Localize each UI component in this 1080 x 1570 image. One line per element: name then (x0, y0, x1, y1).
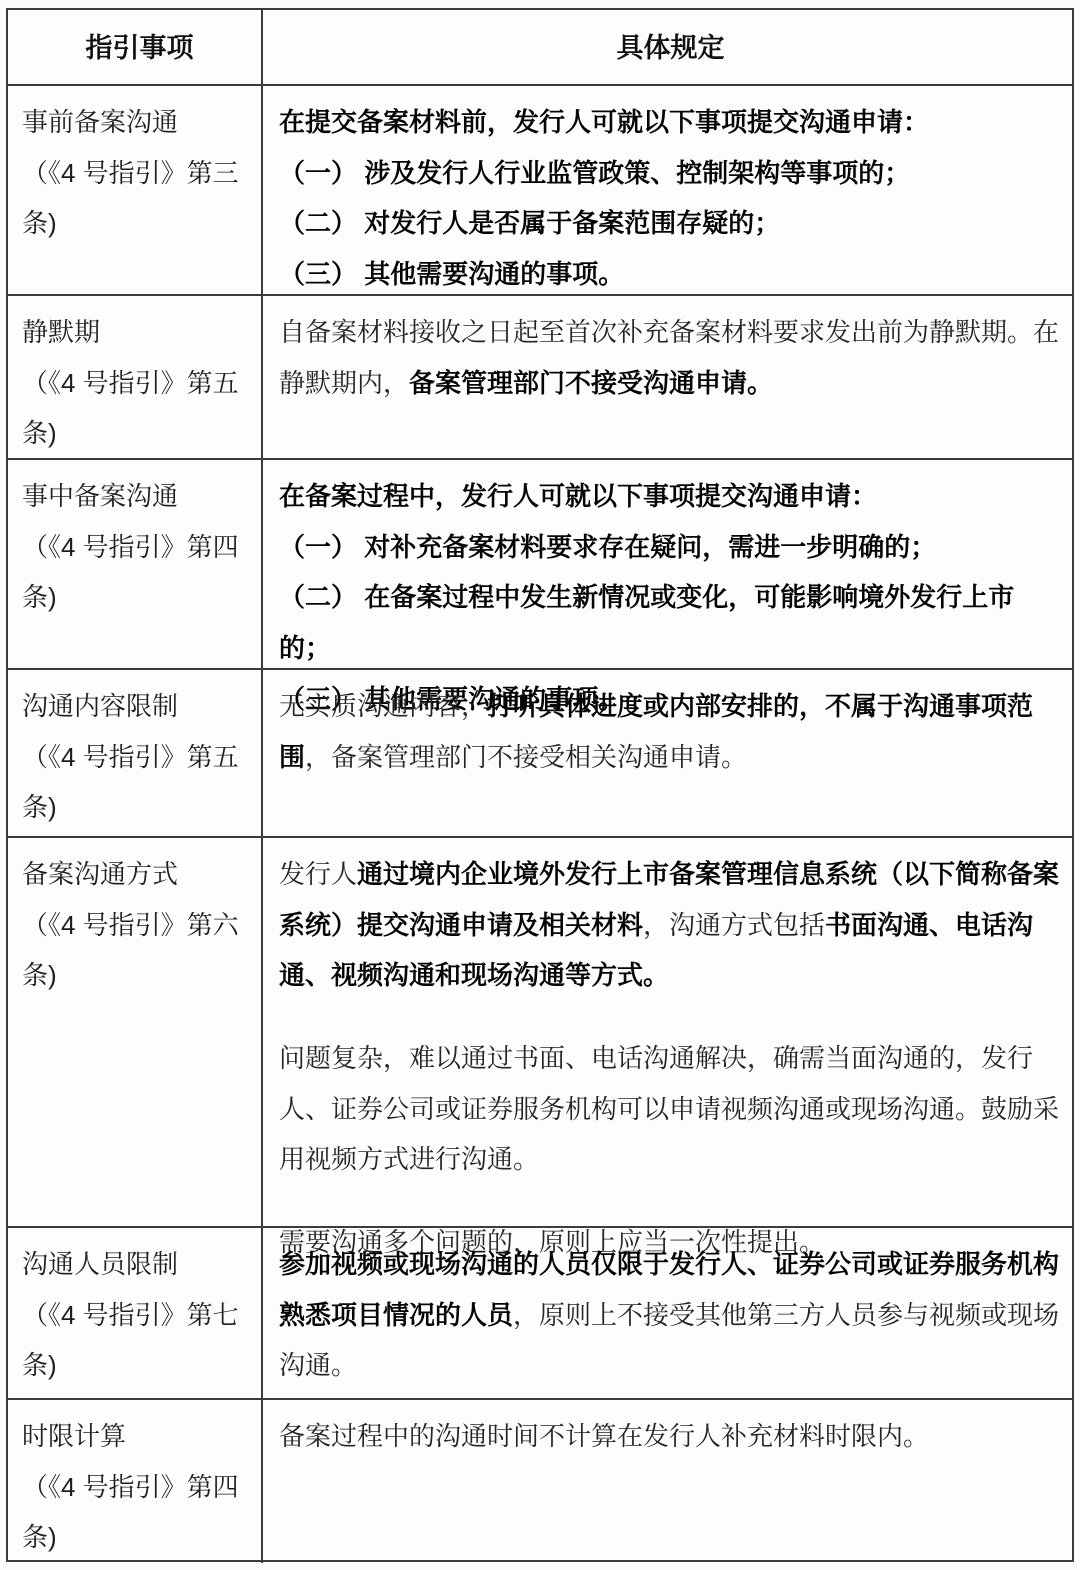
text-segment: 在提交备案材料前，发行人可就以下事项提交沟通申请： (279, 107, 929, 137)
provision-cell: 无实质沟通内容，打听具体进度或内部安排的，不属于沟通事项范围，备案管理部门不接受… (263, 670, 1072, 836)
guide-item-cell: 备案沟通方式（《4 号指引》第六条) (8, 838, 263, 1226)
text-segment: （一） 涉及发行人行业监管政策、控制架构等事项的； (279, 158, 910, 188)
text-segment: 备案管理部门不接受沟通申请。 (409, 368, 773, 398)
guide-item-reference: （《4 号指引》第五条) (22, 732, 257, 833)
guide-item-cell: 事前备案沟通（《4 号指引》第三条) (8, 86, 263, 294)
text-segment: 发行人 (279, 859, 357, 889)
table-row: 时限计算（《4 号指引》第四条)备案过程中的沟通时间不计算在发行人补充材料时限内… (8, 1398, 1072, 1563)
provision-cell: 自备案材料接收之日起至首次补充备案材料要求发出前为静默期。在静默期内，备案管理部… (263, 296, 1072, 458)
table-row: 事中备案沟通（《4 号指引》第四条)在备案过程中，发行人可就以下事项提交沟通申请… (8, 458, 1072, 668)
text-segment: （三） 其他需要沟通的事项。 (279, 259, 624, 289)
provision-paragraph: 问题复杂，难以通过书面、电话沟通解决，确需当面沟通的，发行人、证券公司或证券服务… (279, 1033, 1062, 1185)
text-segment: 问题复杂，难以通过书面、电话沟通解决，确需当面沟通的，发行人、证券公司或证券服务… (279, 1043, 1059, 1174)
header-guide-item: 指引事项 (8, 10, 263, 84)
guide-item-title: 事中备案沟通 (22, 471, 257, 522)
table-row: 沟通内容限制（《4 号指引》第五条)无实质沟通内容，打听具体进度或内部安排的，不… (8, 668, 1072, 836)
guide-item-title: 时限计算 (22, 1411, 257, 1462)
provision-paragraph: 备案过程中的沟通时间不计算在发行人补充材料时限内。 (279, 1411, 1062, 1462)
guide-item-reference: （《4 号指引》第六条) (22, 900, 257, 1001)
guide-item-reference: （《4 号指引》第五条) (22, 358, 257, 459)
text-segment: （二） 对发行人是否属于备案范围存疑的； (279, 208, 780, 238)
text-segment: 在备案过程中，发行人可就以下事项提交沟通申请： (279, 481, 877, 511)
table-header-row: 指引事项 具体规定 (8, 10, 1072, 84)
provision-paragraph: 发行人通过境内企业境外发行上市备案管理信息系统（以下简称备案系统）提交沟通申请及… (279, 849, 1062, 1001)
table-row: 静默期（《4 号指引》第五条)自备案材料接收之日起至首次补充备案材料要求发出前为… (8, 294, 1072, 458)
provision-paragraph: 无实质沟通内容，打听具体进度或内部安排的，不属于沟通事项范围，备案管理部门不接受… (279, 681, 1062, 782)
provision-paragraph: 参加视频或现场沟通的人员仅限于发行人、证券公司或证券服务机构熟悉项目情况的人员，… (279, 1239, 1062, 1391)
guide-item-title: 沟通人员限制 (22, 1239, 257, 1290)
text-segment: 无实质沟通内容， (279, 691, 487, 721)
table-row: 备案沟通方式（《4 号指引》第六条)发行人通过境内企业境外发行上市备案管理信息系… (8, 836, 1072, 1226)
provision-cell: 备案过程中的沟通时间不计算在发行人补充材料时限内。 (263, 1400, 1072, 1563)
guide-item-cell: 时限计算（《4 号指引》第四条) (8, 1400, 263, 1563)
provision-cell: 发行人通过境内企业境外发行上市备案管理信息系统（以下简称备案系统）提交沟通申请及… (263, 838, 1072, 1226)
document-page: 指引事项 具体规定 事前备案沟通（《4 号指引》第三条)在提交备案材料前，发行人… (0, 0, 1080, 1570)
text-segment: 备案过程中的沟通时间不计算在发行人补充材料时限内。 (279, 1421, 929, 1451)
guide-item-reference: （《4 号指引》第三条) (22, 148, 257, 249)
text-segment: （二） 在备案过程中发生新情况或变化，可能影响境外发行上市的； (279, 582, 1014, 663)
table-row: 事前备案沟通（《4 号指引》第三条)在提交备案材料前，发行人可就以下事项提交沟通… (8, 84, 1072, 294)
guide-item-title: 备案沟通方式 (22, 849, 257, 900)
guide-item-reference: （《4 号指引》第四条) (22, 522, 257, 623)
guideline-table: 指引事项 具体规定 事前备案沟通（《4 号指引》第三条)在提交备案材料前，发行人… (6, 8, 1074, 1562)
provision-paragraph: 在提交备案材料前，发行人可就以下事项提交沟通申请：（一） 涉及发行人行业监管政策… (279, 97, 1062, 300)
provision-cell: 在提交备案材料前，发行人可就以下事项提交沟通申请：（一） 涉及发行人行业监管政策… (263, 86, 1072, 294)
guide-item-title: 事前备案沟通 (22, 97, 257, 148)
guide-item-reference: （《4 号指引》第七条) (22, 1290, 257, 1391)
provision-cell: 在备案过程中，发行人可就以下事项提交沟通申请：（一） 对补充备案材料要求存在疑问… (263, 460, 1072, 668)
guide-item-cell: 事中备案沟通（《4 号指引》第四条) (8, 460, 263, 668)
header-provision: 具体规定 (263, 10, 1072, 84)
provision-paragraph: 自备案材料接收之日起至首次补充备案材料要求发出前为静默期。在静默期内，备案管理部… (279, 307, 1062, 408)
text-segment: ，备案管理部门不接受相关沟通申请。 (305, 742, 747, 772)
text-segment: （一） 对补充备案材料要求存在疑问，需进一步明确的； (279, 532, 936, 562)
guide-item-title: 静默期 (22, 307, 257, 358)
guide-item-cell: 沟通内容限制（《4 号指引》第五条) (8, 670, 263, 836)
guide-item-cell: 沟通人员限制（《4 号指引》第七条) (8, 1228, 263, 1398)
guide-item-reference: （《4 号指引》第四条) (22, 1462, 257, 1563)
guide-item-cell: 静默期（《4 号指引》第五条) (8, 296, 263, 458)
text-segment: ，沟通方式包括 (643, 910, 825, 940)
provision-cell: 参加视频或现场沟通的人员仅限于发行人、证券公司或证券服务机构熟悉项目情况的人员，… (263, 1228, 1072, 1398)
guide-item-title: 沟通内容限制 (22, 681, 257, 732)
table-row: 沟通人员限制（《4 号指引》第七条)参加视频或现场沟通的人员仅限于发行人、证券公… (8, 1226, 1072, 1398)
